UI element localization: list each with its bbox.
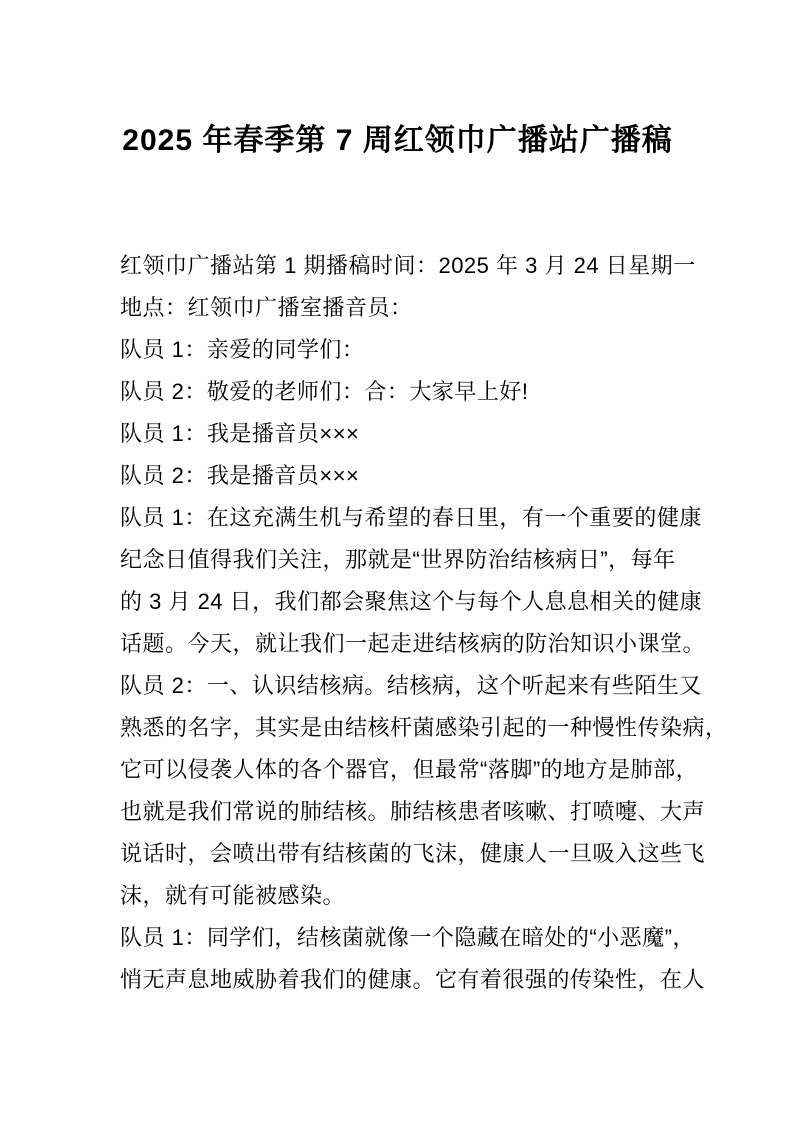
text-line: 说话时，会喷出带有结核菌的飞沫，健康人一旦吸入这些飞 (120, 833, 675, 875)
text-line: 队员 2：敬爱的老师们：合：大家早上好! (120, 371, 675, 413)
text-line: 沫，就有可能被感染。 (120, 875, 675, 917)
text-line: 队员 1：亲爱的同学们： (120, 329, 675, 371)
text-line: 队员 1：在这充满生机与希望的春日里，有一个重要的健康 (120, 497, 675, 539)
text-line: 队员 1：同学们，结核菌就像一个隐藏在暗处的“小恶魔”， (120, 917, 675, 959)
text-line: 悄无声息地威胁着我们的健康。它有着很强的传染性，在人 (120, 959, 675, 1001)
text-line: 也就是我们常说的肺结核。肺结核患者咳嗽、打喷嚏、大声 (120, 791, 675, 833)
text-line: 的 3 月 24 日，我们都会聚焦这个与每个人息息相关的健康 (120, 581, 675, 623)
document-title: 2025 年春季第 7 周红领巾广播站广播稿 (120, 0, 675, 163)
text-line: 话题。今天，就让我们一起走进结核病的防治知识小课堂。 (120, 623, 675, 665)
text-line: 地点：红领巾广播室播音员： (120, 287, 675, 329)
text-line: 熟悉的名字，其实是由结核杆菌感染引起的一种慢性传染病， (120, 707, 675, 749)
text-line: 它可以侵袭人体的各个器官，但最常“落脚”的地方是肺部， (120, 749, 675, 791)
document-body: 红领巾广播站第 1 期播稿时间：2025 年 3 月 24 日星期一地点：红领巾… (120, 245, 675, 1001)
text-line: 队员 2：一、认识结核病。结核病，这个听起来有些陌生又 (120, 665, 675, 707)
document-page: 2025 年春季第 7 周红领巾广播站广播稿 红领巾广播站第 1 期播稿时间：2… (0, 0, 793, 1122)
text-line: 队员 1：我是播音员××× (120, 413, 675, 455)
text-line: 队员 2：我是播音员××× (120, 455, 675, 497)
text-line: 红领巾广播站第 1 期播稿时间：2025 年 3 月 24 日星期一 (120, 245, 675, 287)
text-line: 纪念日值得我们关注，那就是“世界防治结核病日”，每年 (120, 539, 675, 581)
